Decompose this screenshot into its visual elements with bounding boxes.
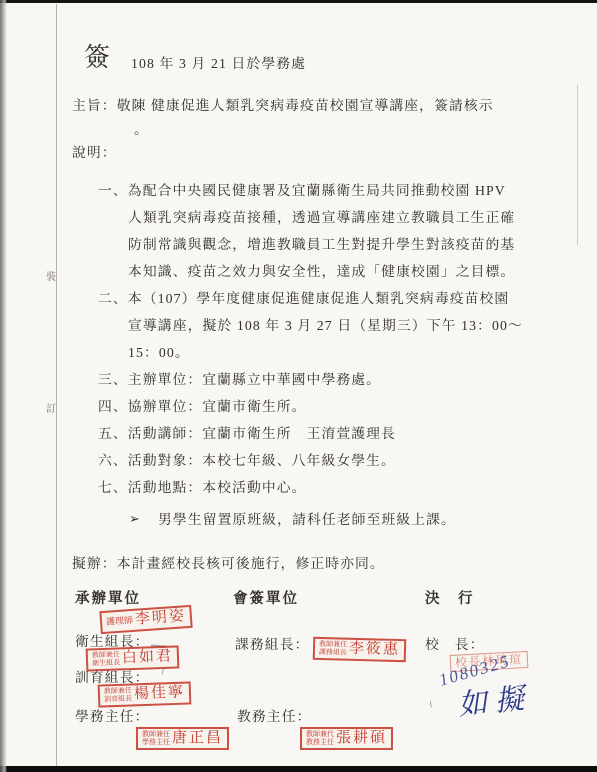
item-2-line-1: 二、本（107）學年度健康促進健康促進人類乳突病毒疫苗校園 [98, 290, 509, 307]
explanation-label: 說明： [72, 144, 117, 161]
academic-affairs-stamp: 教師兼代 教務主任 張耕碩 [300, 727, 393, 750]
item-1-line-1: 一、為配合中央國民健康署及宜蘭縣衛生局共同推動校園 HPV [98, 182, 506, 199]
nurse-stamp-name: 李明姿 [134, 608, 186, 628]
discipline-chief-stamp-name: 楊佳寧 [134, 685, 186, 703]
handwritten-approval: 如擬 [457, 684, 534, 721]
curriculum-chief-stamp: 教師兼任 課務組長 李筱惠 [313, 637, 407, 662]
student-affairs-stamp-title: 教師兼任 學務主任 [142, 730, 170, 747]
scan-edge-top [0, 0, 597, 3]
sign-character: 簽 [84, 42, 110, 75]
nurse-stamp-title: 護理師 [106, 616, 134, 627]
discipline-chief-stamp: 教師兼任 訓育組長 楊佳寧 [98, 681, 192, 707]
academic-affairs-director-label: 教務主任： [237, 708, 311, 725]
item-1-line-4: 本知識、疫苗之效力與安全性，達成「健康校園」之目標。 [128, 263, 515, 280]
binding-line [56, 4, 57, 766]
scanned-memo-page: 裝 訂 簽 108 年 3 月 21 日於學務處 主旨：敬陳 健康促進人類乳突病… [0, 0, 597, 772]
proposal-line: 擬辦：本計畫經校長核可後施行，修正時亦同。 [72, 555, 385, 572]
health-chief-stamp-name: 白如君 [122, 649, 174, 667]
countersign-unit-header: 會簽單位 [233, 590, 299, 608]
pen-mark [429, 700, 435, 709]
curriculum-chief-stamp-title: 教師兼任 課務組長 [319, 640, 347, 658]
item-1-line-3: 防制常識與觀念，增進教職員工生對提升學生對該疫苗的基 [128, 236, 515, 253]
health-chief-stamp-title: 教師兼任 衛生組長 [92, 650, 121, 668]
item-2-line-2: 宣導講座，擬於 108 年 3 月 27 日（星期三）下午 13：00～ [128, 317, 523, 334]
pen-mark [161, 667, 169, 676]
subject-line-1: 主旨：敬陳 健康促進人類乳突病毒疫苗校園宣導講座，簽請核示 [72, 97, 494, 114]
arrow-note-text: 男學生留置原班級，請科任老師至班級上課。 [158, 511, 456, 528]
scan-line-right [577, 85, 578, 245]
discipline-chief-stamp-title: 教師兼任 訓育組長 [104, 686, 133, 704]
item-2-line-3: 15：00。 [128, 344, 190, 361]
item-4-line-1: 四、協辦單位：宜蘭市衛生所。 [98, 398, 307, 415]
nurse-stamp: 護理師 李明姿 [99, 605, 192, 634]
item-6-line-1: 六、活動對象：本校七年級、八年級女學生。 [98, 452, 396, 469]
curriculum-chief-stamp-name: 李筱惠 [349, 641, 400, 659]
student-affairs-director-label: 學務主任： [75, 708, 149, 725]
academic-affairs-stamp-name: 張耕碩 [336, 730, 387, 747]
subject-line-2: 。 [134, 121, 149, 138]
academic-affairs-stamp-title: 教師兼代 教務主任 [306, 730, 334, 747]
decision-header: 決 行 [425, 590, 475, 608]
item-5-line-1: 五、活動講師：宜蘭市衛生所 王淯萱護理長 [98, 425, 396, 442]
arrow-bullet-icon: ➢ [129, 511, 141, 527]
undertaking-unit-header: 承辦單位 [75, 590, 141, 608]
principal-label: 校 長： [425, 636, 485, 653]
scan-edge-left [0, 0, 7, 772]
curriculum-section-chief-label: 課務組長： [235, 636, 309, 653]
student-affairs-stamp: 教師兼任 學務主任 唐正昌 [136, 727, 229, 750]
date-line: 108 年 3 月 21 日於學務處 [131, 55, 306, 72]
item-1-line-2: 人類乳突病毒疫苗接種，透過宣導講座建立教職員工生正確 [128, 209, 515, 226]
item-3-line-1: 三、主辦單位：宜蘭縣立中華國中學務處。 [98, 371, 381, 388]
item-7-line-1: 七、活動地點：本校活動中心。 [98, 479, 307, 496]
student-affairs-stamp-name: 唐正昌 [172, 730, 223, 747]
binding-mark-ding: 訂 [46, 400, 56, 415]
scan-edge-bottom [0, 766, 597, 772]
binding-mark-zhuang: 裝 [46, 268, 56, 283]
